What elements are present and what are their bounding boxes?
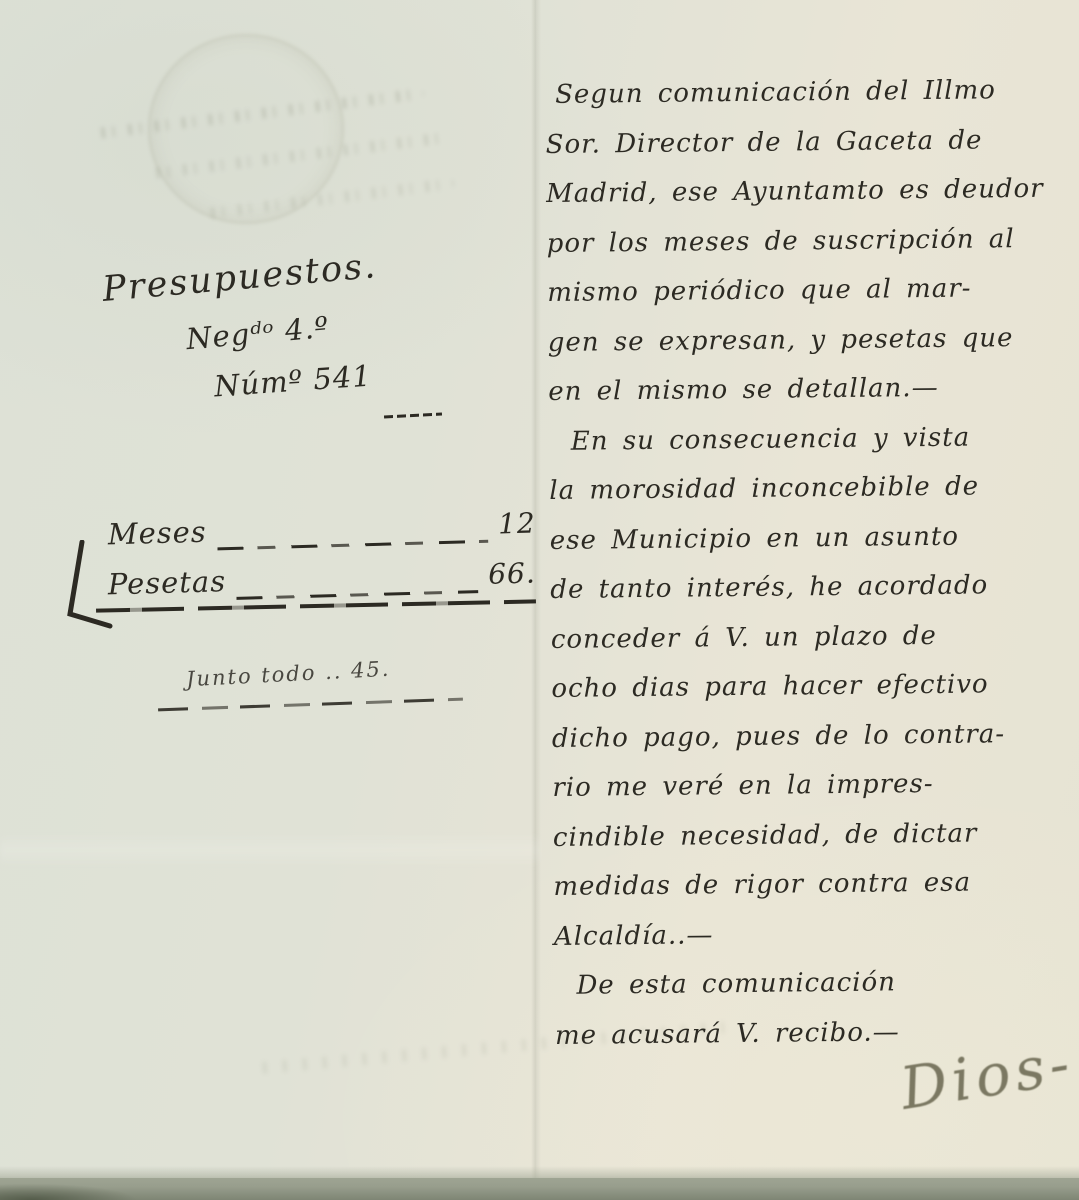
letter-line: conceder á V. un plazo de [551,619,1079,674]
account-summary: Meses 12 Pesetas 66. [68,512,536,612]
letter-line: De esta comunicación [554,965,1079,1020]
account-label: Meses [67,515,207,553]
dash-leader [217,539,489,550]
letter-line: en el mismo se detallan.— [548,371,1076,426]
letter-line: Madrid, ese Ayuntamto es deudor [546,173,1074,228]
letter-line: de tanto interés, he acordado [550,569,1078,624]
letter-line: gen se expresan, y pesetas que [548,322,1076,377]
letter-line: mismo periódico que al mar- [547,272,1075,327]
letter-line: medidas de rigor contra esa [553,866,1079,921]
account-value: 66. [488,556,536,590]
letter-line: Segun comunicación del Illmo [545,74,1073,129]
letter-line: Alcaldía..— [554,916,1079,971]
letter-line: por los meses de suscripción al [547,223,1075,278]
letter-body: Segun comunicación del Illmo Sor. Direct… [545,74,1079,1069]
letter-line: En su consecuencia y vista [549,421,1077,476]
letter-line: Sor. Director de la Gaceta de [546,124,1074,179]
dash-leader [236,590,478,600]
letter-line: dicho pago, pues de lo contra- [552,718,1079,773]
letter-line: cindible necesidad, de dictar [553,817,1079,872]
account-label: Pesetas [67,564,226,602]
horizontal-crease-band [0,832,540,868]
letter-line: ese Municipio en un asunto [550,520,1078,575]
scanned-manuscript-page: { "page": { "description_colors": { "pap… [0,0,1079,1200]
paper-bottom-edge [0,1166,1079,1200]
account-value: 12 [498,506,537,540]
letter-line: ocho dias para hacer efectivo [551,668,1079,723]
letter-line: la morosidad inconcebible de [549,470,1077,525]
letter-line: rio me veré en la impres- [552,767,1079,822]
